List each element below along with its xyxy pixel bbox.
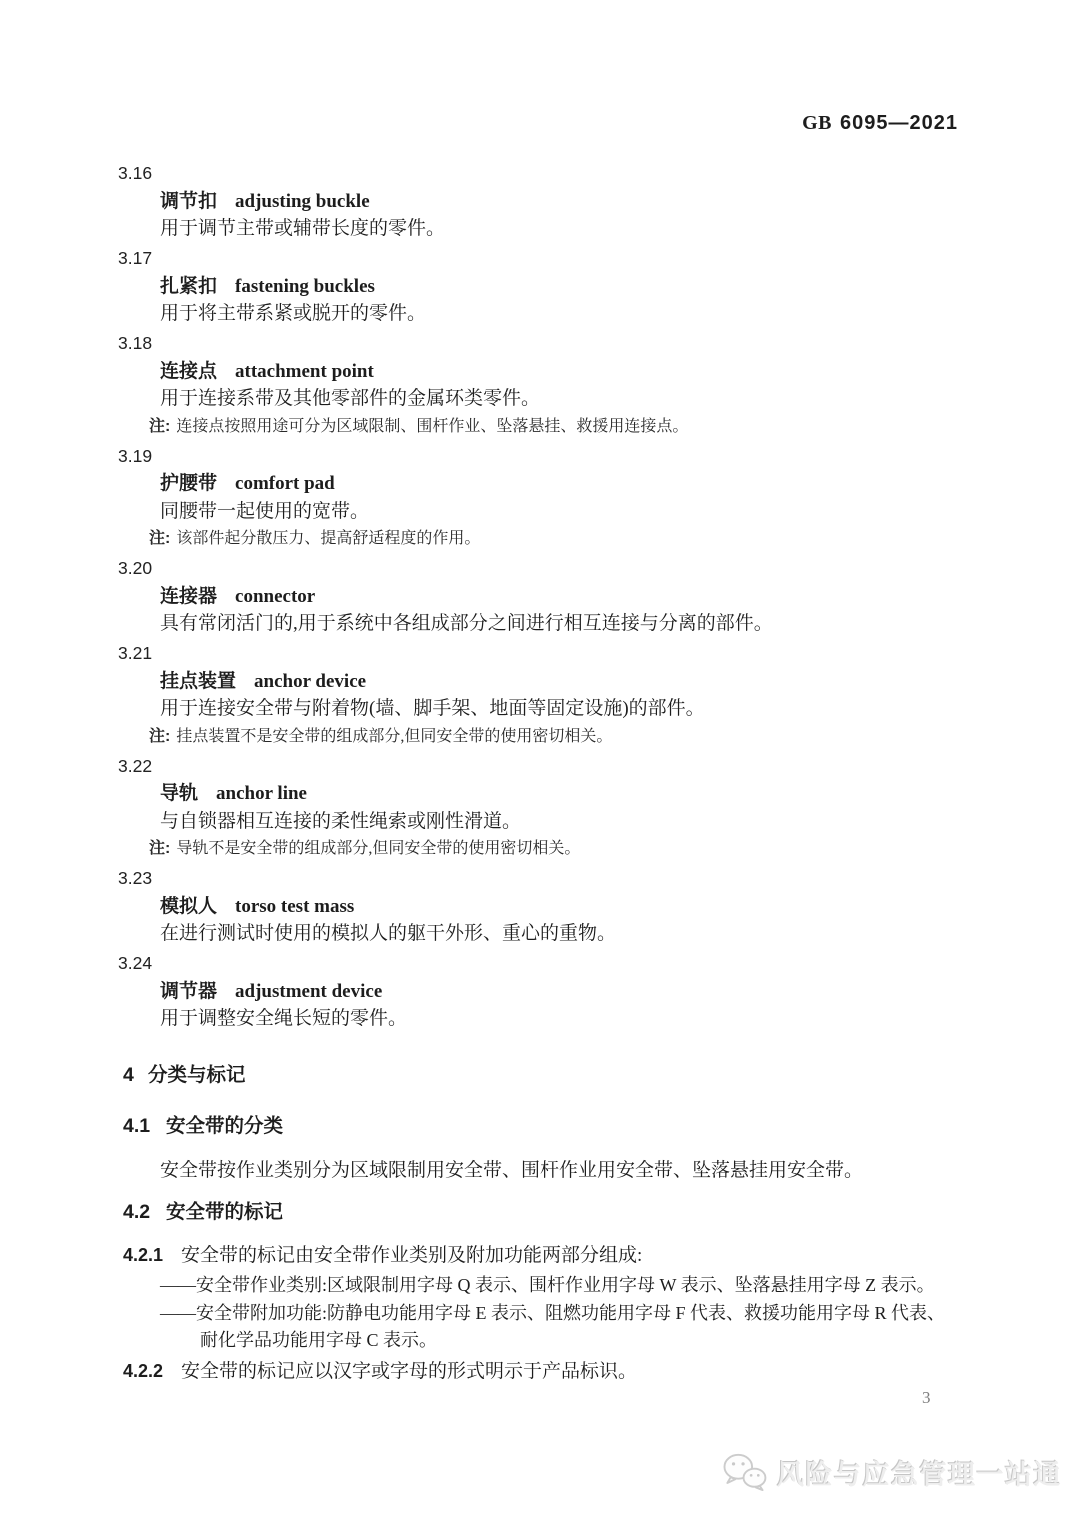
term-note: 注:连接点按照用途可分为区域限制、围杆作业、坠落悬挂、救援用连接点。 [118, 413, 955, 441]
section-4-1-body: 安全带按作业类别分为区域限制用安全带、围杆作业用安全带、坠落悬挂用安全带。 [118, 1157, 955, 1185]
list-item: ——安全带附加功能:防静电功能用字母 E 表示、阻燃功能用字母 F 代表、救援功… [118, 1300, 955, 1355]
term-zh: 挂点装置 [160, 671, 236, 692]
list-item: ——安全带作业类别:区域限制用字母 Q 表示、围杆作业用字母 W 表示、坠落悬挂… [118, 1272, 955, 1300]
clause-4-2-1: 4.2.1安全带的标记由安全带作业类别及附加功能两部分组成: [118, 1242, 955, 1270]
clause-number: 3.24 [118, 950, 955, 978]
note-text: 导轨不是安全带的组成部分,但同安全带的使用密切相关。 [176, 840, 580, 857]
term-zh: 模拟人 [160, 896, 217, 917]
term-en: torso test mass [235, 896, 354, 917]
term-block: 3.20 连接器connector 具有常闭活门的,用于系统中各组成部分之间进行… [118, 555, 955, 638]
term-block: 3.21 挂点装置anchor device 用于连接安全带与附着物(墙、脚手架… [118, 640, 955, 750]
standard-code-prefix: GB [802, 112, 832, 134]
term-line: 连接点attachment point [118, 358, 955, 386]
clause-number: 4.2.2 [123, 1358, 181, 1386]
term-definition: 具有常闭活门的,用于系统中各组成部分之间进行相互连接与分离的部件。 [118, 610, 955, 638]
watermark: 风险与应急管理一站通 [720, 1452, 1062, 1492]
note-text: 连接点按照用途可分为区域限制、围杆作业、坠落悬挂、救援用连接点。 [176, 418, 688, 435]
term-line: 模拟人torso test mass [118, 893, 955, 921]
term-definition: 用于调整安全绳长短的零件。 [118, 1005, 955, 1033]
term-block: 3.22 导轨anchor line 与自锁器相互连接的柔性绳索或刚性滑道。 注… [118, 753, 955, 863]
term-definition: 用于连接系带及其他零部件的金属环类零件。 [118, 385, 955, 413]
term-note: 注:该部件起分散压力、提高舒适程度的作用。 [118, 525, 955, 553]
term-en: comfort pad [235, 473, 335, 494]
term-definition: 在进行测试时使用的模拟人的躯干外形、重心的重物。 [118, 920, 955, 948]
document-content: 3.16 调节扣adjusting buckle 用于调节主带或辅带长度的零件。… [118, 160, 955, 1385]
note-text: 挂点装置不是安全带的组成部分,但同安全带的使用密切相关。 [176, 728, 612, 745]
term-line: 扎紧扣fastening buckles [118, 273, 955, 301]
standard-code: GB6095—2021 [802, 112, 958, 135]
term-block: 3.18 连接点attachment point 用于连接系带及其他零部件的金属… [118, 330, 955, 440]
clause-number: 4.2.1 [123, 1242, 181, 1270]
term-zh: 导轨 [160, 783, 198, 804]
section-number: 4.1 [123, 1113, 166, 1141]
section-title: 安全带的分类 [166, 1115, 283, 1137]
term-definition: 同腰带一起使用的宽带。 [118, 498, 955, 526]
wechat-logo-icon [720, 1452, 768, 1492]
term-line: 调节器adjustment device [118, 978, 955, 1006]
clause-text: 安全带的标记应以汉字或字母的形式明示于产品标识。 [181, 1361, 637, 1382]
term-block: 3.16 调节扣adjusting buckle 用于调节主带或辅带长度的零件。 [118, 160, 955, 243]
clause-number: 3.18 [118, 330, 955, 358]
term-definition: 用于调节主带或辅带长度的零件。 [118, 215, 955, 243]
term-en: fastening buckles [235, 276, 375, 297]
term-definition: 用于连接安全带与附着物(墙、脚手架、地面等固定设施)的部件。 [118, 695, 955, 723]
term-note: 注:挂点装置不是安全带的组成部分,但同安全带的使用密切相关。 [118, 723, 955, 751]
term-block: 3.19 护腰带comfort pad 同腰带一起使用的宽带。 注:该部件起分散… [118, 443, 955, 553]
note-label: 注: [149, 530, 170, 547]
term-line: 调节扣adjusting buckle [118, 188, 955, 216]
clause-number: 3.20 [118, 555, 955, 583]
term-en: anchor device [254, 671, 366, 692]
section-title: 安全带的标记 [166, 1201, 283, 1223]
clause-4-2-2: 4.2.2安全带的标记应以汉字或字母的形式明示于产品标识。 [118, 1358, 955, 1386]
clause-number: 3.22 [118, 753, 955, 781]
clause-text: 安全带的标记由安全带作业类别及附加功能两部分组成: [181, 1245, 642, 1266]
note-label: 注: [149, 728, 170, 745]
term-definition: 用于将主带系紧或脱开的零件。 [118, 300, 955, 328]
page-number: 3 [922, 1388, 931, 1408]
standard-code-number: 6095—2021 [840, 112, 958, 134]
term-line: 连接器connector [118, 583, 955, 611]
clause-number: 3.23 [118, 865, 955, 893]
section-4-1-heading: 4.1安全带的分类 [118, 1113, 955, 1141]
clause-number: 3.19 [118, 443, 955, 471]
term-definition: 与自锁器相互连接的柔性绳索或刚性滑道。 [118, 808, 955, 836]
term-note: 注:导轨不是安全带的组成部分,但同安全带的使用密切相关。 [118, 835, 955, 863]
term-block: 3.17 扎紧扣fastening buckles 用于将主带系紧或脱开的零件。 [118, 245, 955, 328]
term-block: 3.24 调节器adjustment device 用于调整安全绳长短的零件。 [118, 950, 955, 1033]
term-zh: 扎紧扣 [160, 276, 217, 297]
section-title: 分类与标记 [148, 1064, 246, 1086]
note-label: 注: [149, 418, 170, 435]
term-en: connector [235, 586, 315, 607]
section-number: 4.2 [123, 1199, 166, 1227]
term-en: attachment point [235, 361, 374, 382]
clause-number: 3.17 [118, 245, 955, 273]
term-block: 3.23 模拟人torso test mass 在进行测试时使用的模拟人的躯干外… [118, 865, 955, 948]
term-zh: 调节扣 [160, 191, 217, 212]
term-en: adjusting buckle [235, 191, 370, 212]
section-number: 4 [123, 1062, 148, 1090]
term-line: 护腰带comfort pad [118, 470, 955, 498]
section-4-2-heading: 4.2安全带的标记 [118, 1199, 955, 1227]
watermark-text: 风险与应急管理一站通 [777, 1453, 1062, 1492]
section-4-heading: 4分类与标记 [118, 1062, 955, 1090]
term-line: 挂点装置anchor device [118, 668, 955, 696]
term-zh: 连接器 [160, 586, 217, 607]
document-page: GB6095—2021 3.16 调节扣adjusting buckle 用于调… [0, 0, 1080, 1528]
term-line: 导轨anchor line [118, 780, 955, 808]
note-text: 该部件起分散压力、提高舒适程度的作用。 [176, 530, 480, 547]
term-zh: 调节器 [160, 981, 217, 1002]
clause-number: 3.21 [118, 640, 955, 668]
term-zh: 连接点 [160, 361, 217, 382]
term-zh: 护腰带 [160, 473, 217, 494]
note-label: 注: [149, 840, 170, 857]
clause-number: 3.16 [118, 160, 955, 188]
term-en: adjustment device [235, 981, 382, 1002]
term-en: anchor line [216, 783, 307, 804]
